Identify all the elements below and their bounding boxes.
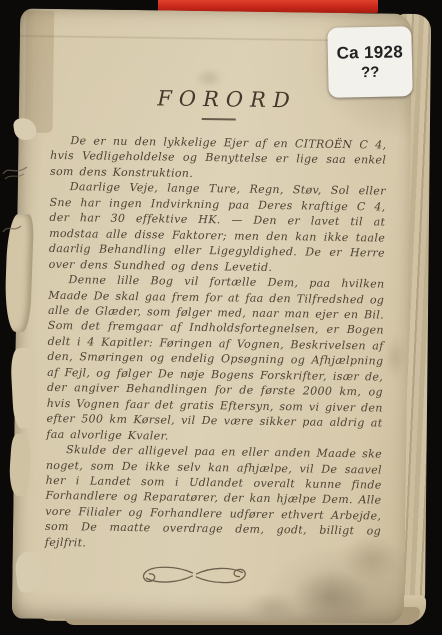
title-rule [202,118,236,120]
paper-stain [244,592,300,623]
date-label-question: ?? [361,64,380,81]
paragraph: Daarlige Veje, lange Ture, Regn, Støv, S… [49,179,386,276]
torn-edge-fragment [10,347,38,428]
page-content: FORORD De er nu den lykkelige Ejer af en… [44,85,387,597]
paper-stain [385,336,406,380]
foreword-text: De er nu den lykkelige Ejer af en CITROË… [45,133,387,555]
date-label-year: Ca 1928 [336,42,403,63]
paragraph: Denne lille Bog vil fortælle Dem, paa hv… [46,272,384,447]
date-label-sticker: Ca 1928 ?? [327,26,412,98]
book-photo: FORORD De er nu den lykkelige Ejer af en… [0,0,442,635]
paragraph: De er nu den lykkelige Ejer af en CITROË… [50,133,387,184]
book-page: FORORD De er nu den lykkelige Ejer af en… [12,8,412,623]
pencil-scribble-icon [0,148,30,186]
paragraph: Skulde der alligevel paa en eller anden … [45,442,382,555]
pencil-scribble-icon [0,220,24,244]
paper-stain [195,69,223,87]
repair-tape [25,11,55,133]
flourish-divider-icon [26,562,362,597]
